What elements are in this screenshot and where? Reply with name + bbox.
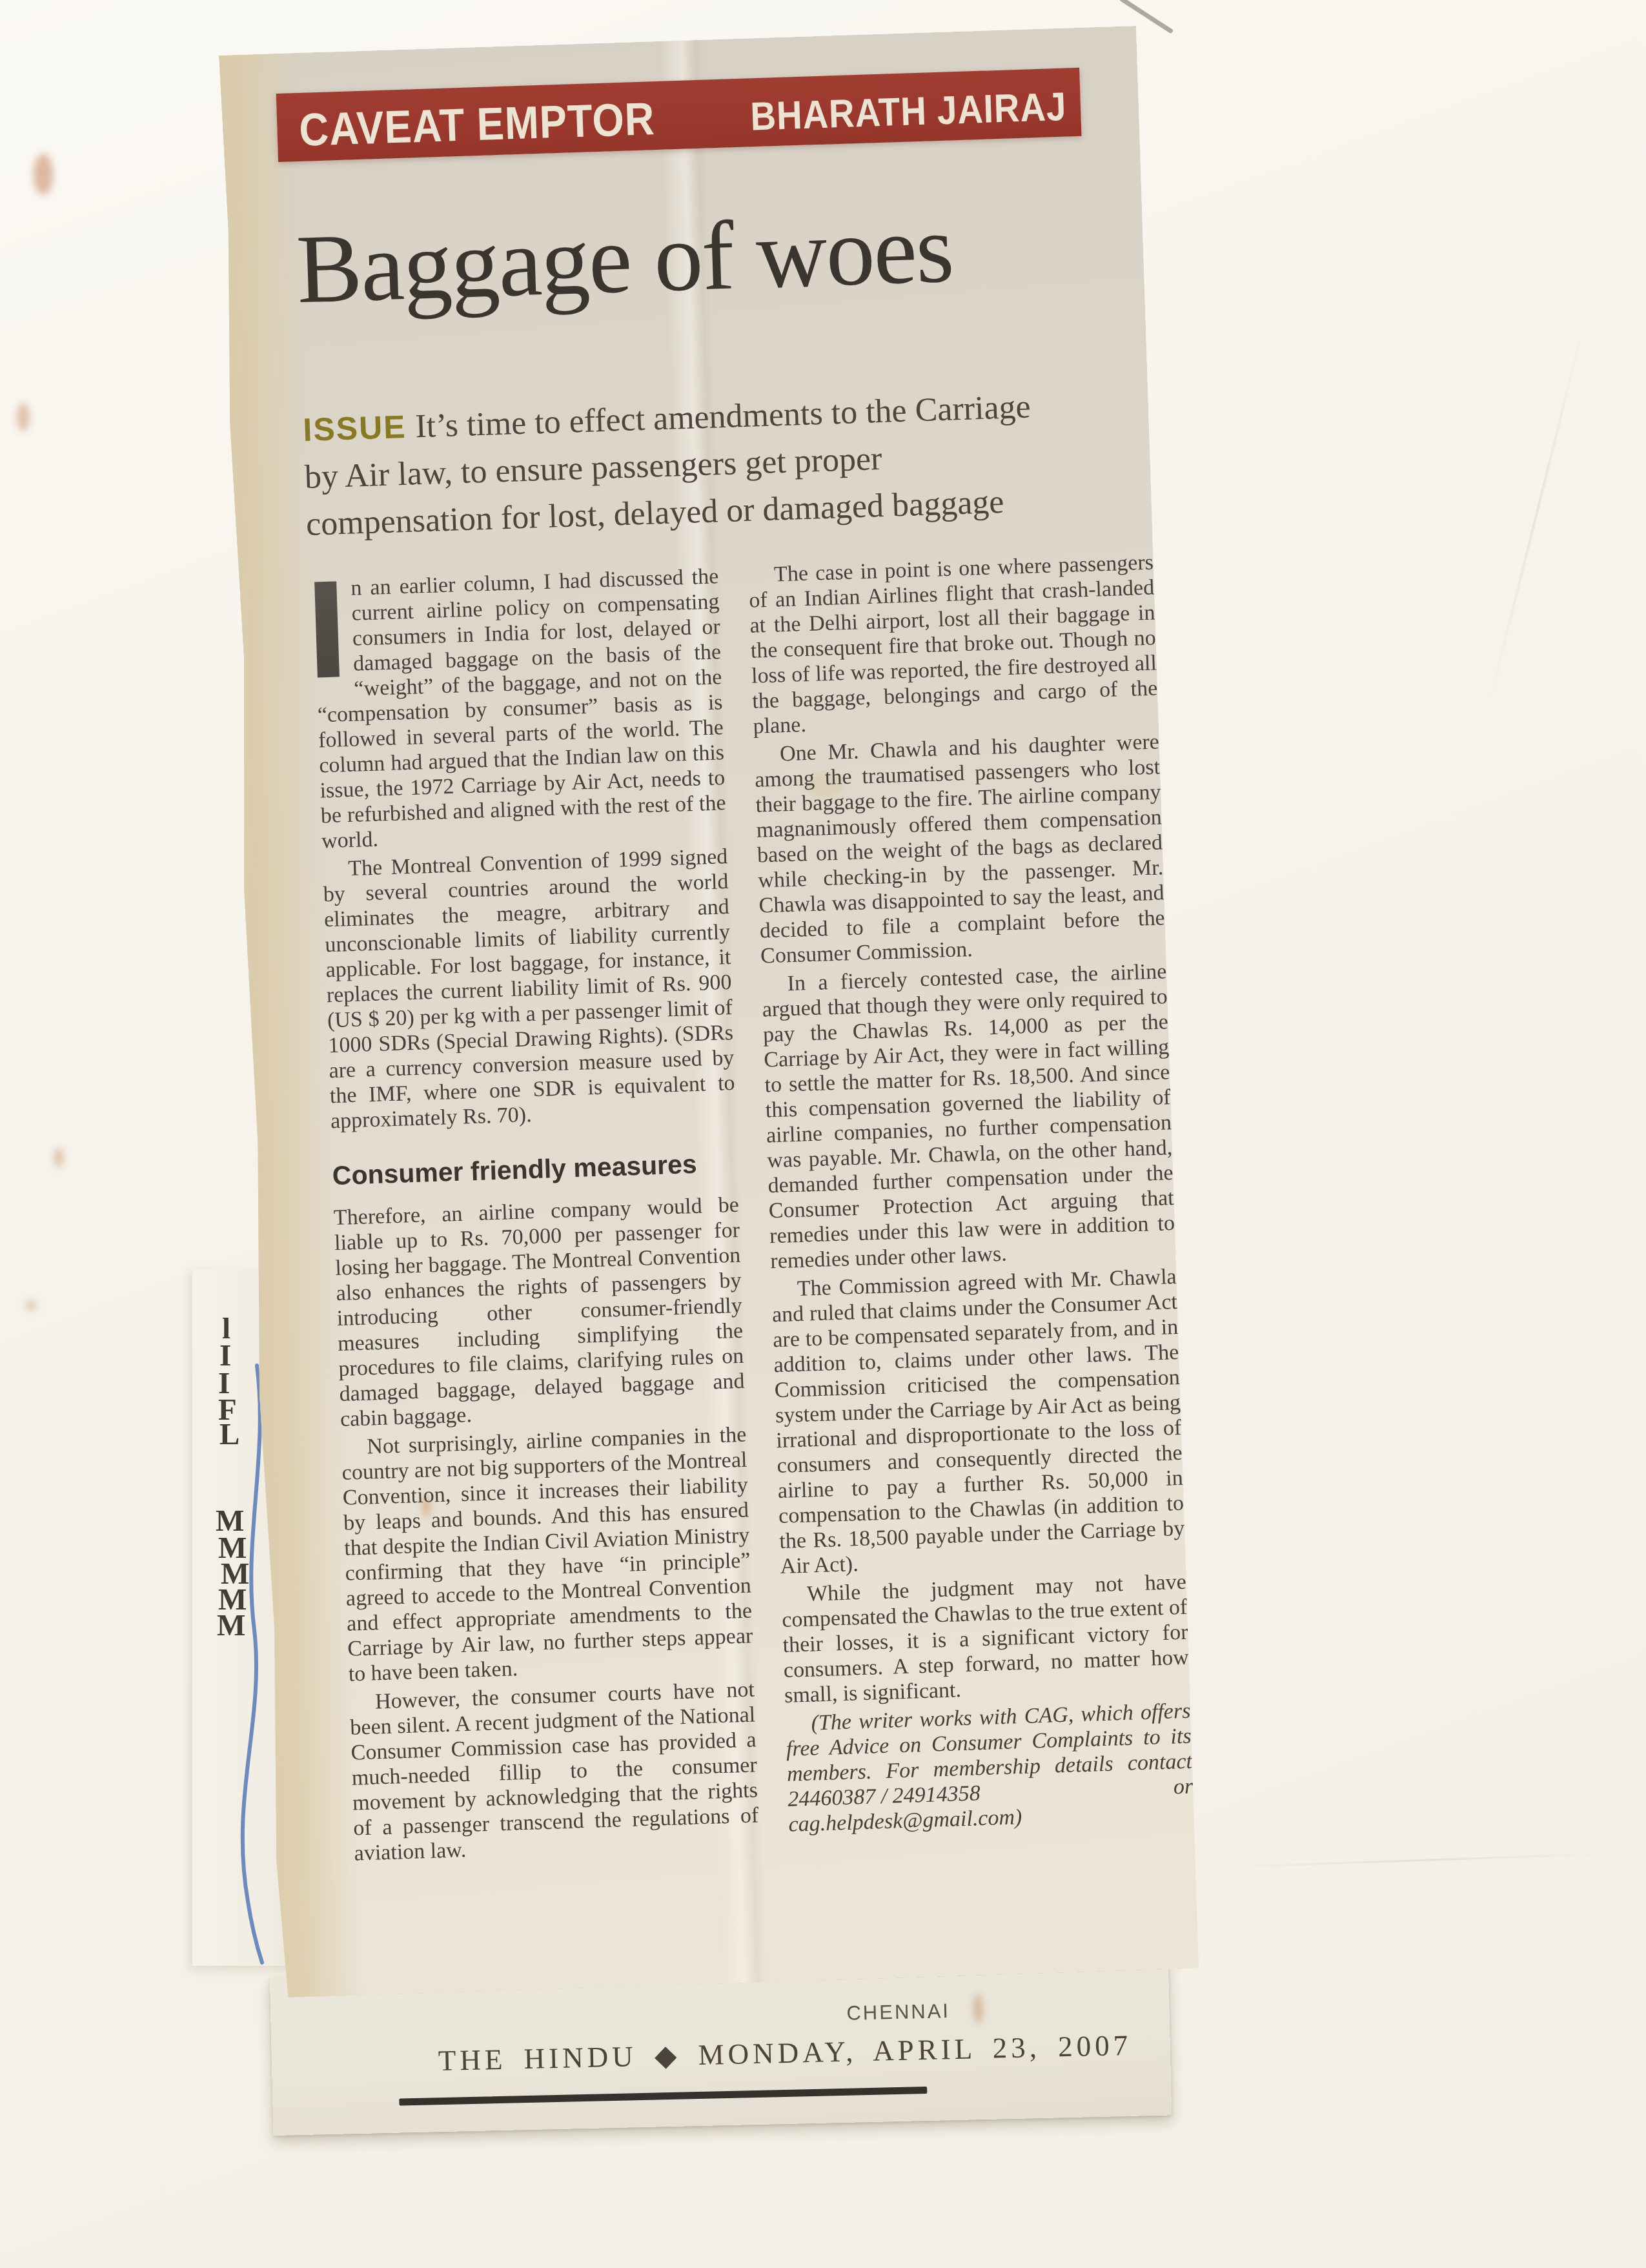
scanned-page: l I I F L M M M M M CAVEAT EMPTOR BHARAT…	[0, 0, 1646, 2268]
article-paragraph: In a fiercely contested case, the airlin…	[761, 959, 1176, 1274]
article-paragraph: The case in point is one where passenger…	[748, 550, 1159, 739]
rust-stain	[34, 154, 53, 195]
rust-stain	[26, 1300, 36, 1311]
article-paragraph: Therefore, an airline company would be l…	[333, 1192, 746, 1432]
article-paragraph: While the judgment may not have compensa…	[781, 1569, 1190, 1708]
fold-crease	[1488, 316, 1587, 705]
section-subhead: Consumer friendly measures	[332, 1150, 738, 1189]
left-column: In an earlier column, I had discussed th…	[313, 564, 760, 1869]
author-byline: BHARATH JAIRAJ	[749, 84, 1067, 140]
rust-stain	[974, 1994, 982, 2023]
right-column: The case in point is one where passenger…	[748, 550, 1195, 1855]
writer-note-or: or	[1147, 1774, 1193, 1801]
newspaper-clipping: CAVEAT EMPTOR BHARATH JAIRAJ Baggage of …	[214, 26, 1199, 1998]
edition-city-label: CHENNAI	[846, 1999, 950, 2025]
rust-stain	[17, 403, 30, 431]
article-paragraph: However, the consumer courts have not be…	[349, 1677, 760, 1866]
rust-stain	[54, 1148, 63, 1167]
column-banner: CAVEAT EMPTOR BHARATH JAIRAJ	[276, 68, 1082, 162]
article-body: In an earlier column, I had discussed th…	[313, 550, 1195, 1870]
article-paragraph: In an earlier column, I had discussed th…	[313, 564, 727, 853]
article-paragraph: One Mr. Chawla and his daughter were amo…	[754, 729, 1166, 968]
article-paragraph: The Commission agreed with Mr. Chawla an…	[771, 1264, 1186, 1579]
fold-crease	[1226, 1853, 1614, 1868]
dropcap-letter: I	[314, 581, 340, 677]
writer-note: (The writer works with CAG, which offers…	[785, 1699, 1194, 1837]
article-paragraph: The Montreal Convention of 1999 signed b…	[322, 844, 737, 1134]
standfirst: ISSUEIt’s time to effect amendments to t…	[302, 382, 1058, 547]
writer-note-text: (The writer works with CAG, which offers…	[786, 1699, 1192, 1812]
article-headline: Baggage of woes	[295, 192, 955, 325]
issue-label: ISSUE	[303, 409, 407, 448]
masthead-date-line: THE HINDU ◆ MONDAY, APRIL 23, 2007	[438, 2028, 1132, 2078]
column-title: CAVEAT EMPTOR	[298, 92, 655, 156]
article-paragraph: Not surprisingly, airline companies in t…	[341, 1422, 754, 1687]
masthead-rule	[399, 2087, 927, 2106]
standfirst-text: It’s time to effect amendments to the Ca…	[304, 389, 1031, 543]
